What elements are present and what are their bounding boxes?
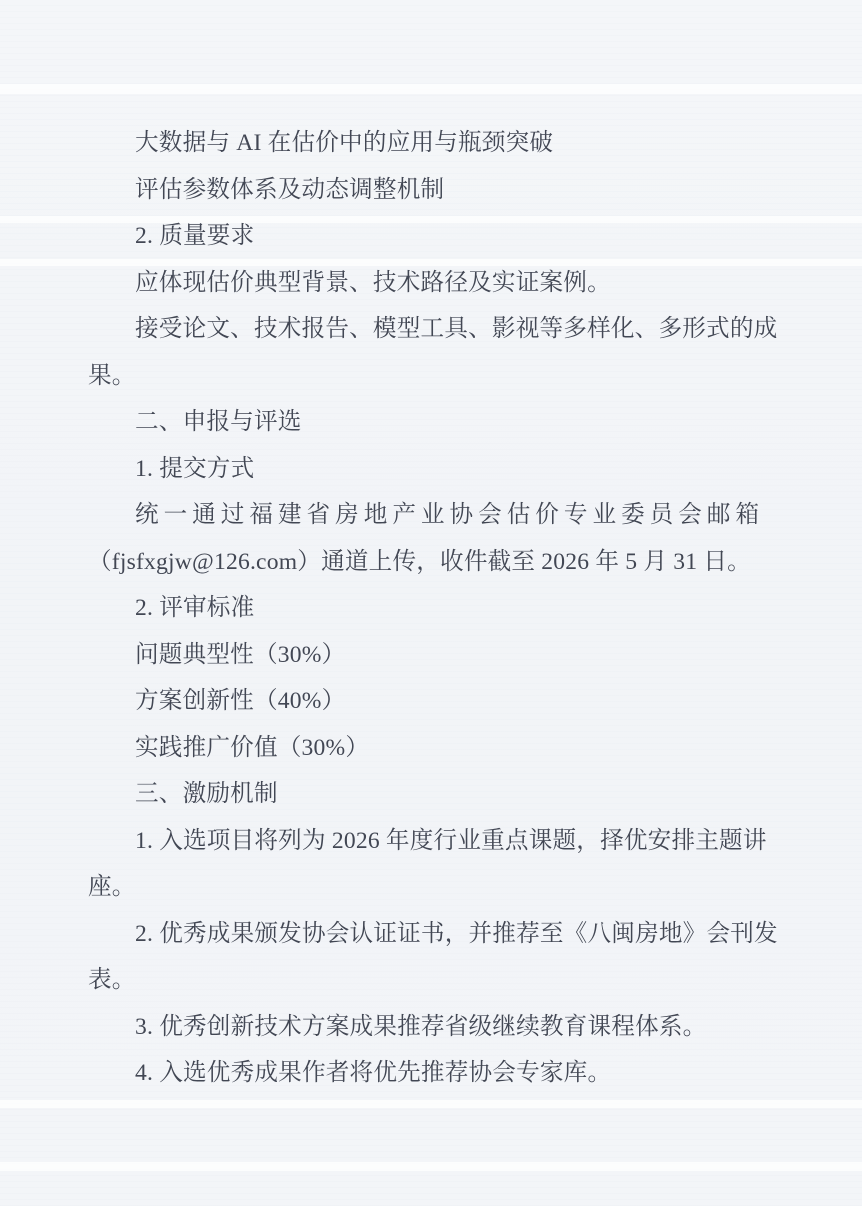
scan-streak: [0, 1162, 862, 1171]
doc-line-topic-1: 大数据与 AI 在估价中的应用与瓶颈突破: [88, 120, 800, 167]
doc-line-quality-req-1: 应体现估价典型背景、技术路径及实证案例。: [88, 260, 800, 307]
doc-line-continuation: 表。: [88, 957, 800, 1004]
document-text-block: 大数据与 AI 在估价中的应用与瓶颈突破 评估参数体系及动态调整机制 2. 质量…: [88, 120, 800, 1097]
doc-line-incentive-4: 4. 入选优秀成果作者将优先推荐协会专家库。: [88, 1050, 800, 1097]
doc-line-incentive-2: 2. 优秀成果颁发协会认证证书，并推荐至《八闽房地》会刊发: [88, 911, 800, 958]
scan-streak: [0, 84, 862, 94]
doc-line-email-deadline: （fjsfxgjw@126.com）通道上传，收件截至 2026 年 5 月 3…: [88, 539, 800, 586]
doc-line-criterion-1: 问题典型性（30%）: [88, 632, 800, 679]
doc-line-submit-head: 1. 提交方式: [88, 446, 800, 493]
doc-line-quality-head: 2. 质量要求: [88, 213, 800, 260]
doc-line-section-2-head: 二、申报与评选: [88, 399, 800, 446]
doc-line-quality-req-2: 接受论文、技术报告、模型工具、影视等多样化、多形式的成: [88, 306, 800, 353]
doc-line-review-head: 2. 评审标准: [88, 585, 800, 632]
scan-streak: [0, 1100, 862, 1108]
doc-line-section-3-head: 三、激励机制: [88, 771, 800, 818]
doc-line-criterion-2: 方案创新性（40%）: [88, 678, 800, 725]
doc-line-continuation: 座。: [88, 864, 800, 911]
doc-line-continuation: 果。: [88, 353, 800, 400]
doc-line-submit-channel: 统一通过福建省房地产业协会估价专业委员会邮箱: [88, 492, 800, 539]
doc-line-incentive-1: 1. 入选项目将列为 2026 年度行业重点课题，择优安排主题讲: [88, 818, 800, 865]
doc-line-criterion-3: 实践推广价值（30%）: [88, 725, 800, 772]
doc-line-topic-2: 评估参数体系及动态调整机制: [88, 167, 800, 214]
doc-line-incentive-3: 3. 优秀创新技术方案成果推荐省级继续教育课程体系。: [88, 1004, 800, 1051]
scanned-page: 大数据与 AI 在估价中的应用与瓶颈突破 评估参数体系及动态调整机制 2. 质量…: [0, 0, 862, 1206]
